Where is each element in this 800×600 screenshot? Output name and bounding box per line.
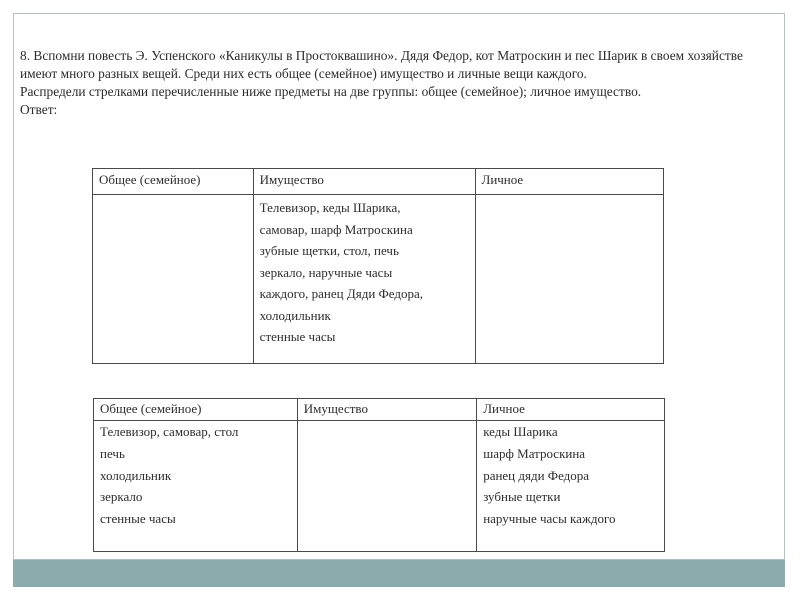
list-item: шарф Матроскина xyxy=(483,443,658,465)
header-personal: Личное xyxy=(477,399,665,421)
list-item: зубные щетки, стол, печь xyxy=(260,240,469,262)
question-property-cell: Телевизор, кеды Шарика,самовар, шарф Мат… xyxy=(253,195,475,364)
list-item: ранец дяди Федора xyxy=(483,465,658,487)
list-item: печь xyxy=(100,443,291,465)
question-common-cell xyxy=(93,195,254,364)
answer-label: Ответ: xyxy=(20,101,770,119)
answer-property-cell xyxy=(297,421,476,552)
header-property: Имущество xyxy=(253,169,475,195)
task-text: 8. Вспомни повесть Э. Успенского «Канику… xyxy=(20,47,770,119)
list-item: каждого, ранец Дяди Федора, xyxy=(260,283,469,305)
list-item: холодильник xyxy=(260,305,469,327)
list-item: холодильник xyxy=(100,465,291,487)
header-common: Общее (семейное) xyxy=(94,399,298,421)
header-personal: Личное xyxy=(475,169,664,195)
question-table-row: Телевизор, кеды Шарика,самовар, шарф Мат… xyxy=(93,195,664,364)
list-item: стенные часы xyxy=(100,508,291,530)
answer-personal-cell: кеды Шарикашарф Матроскинаранец дяди Фед… xyxy=(477,421,665,552)
question-table: Общее (семейное) Имущество Личное Телеви… xyxy=(92,168,664,364)
slide-footer-bar xyxy=(13,559,785,587)
list-item: стенные часы xyxy=(260,326,469,348)
list-item: самовар, шарф Матроскина xyxy=(260,219,469,241)
question-personal-cell xyxy=(475,195,664,364)
list-item: зеркало, наручные часы xyxy=(260,262,469,284)
list-item: Телевизор, самовар, стол xyxy=(100,421,291,443)
list-item: кеды Шарика xyxy=(483,421,658,443)
answer-common-cell: Телевизор, самовар, столпечьхолодильникз… xyxy=(94,421,298,552)
answer-table-row: Телевизор, самовар, столпечьхолодильникз… xyxy=(94,421,665,552)
list-item: зеркало xyxy=(100,486,291,508)
answer-table-header: Общее (семейное) Имущество Личное xyxy=(94,399,665,421)
answer-table: Общее (семейное) Имущество Личное Телеви… xyxy=(93,398,665,552)
question-table-header: Общее (семейное) Имущество Личное xyxy=(93,169,664,195)
header-property: Имущество xyxy=(297,399,476,421)
task-paragraph-instruction: Распредели стрелками перечисленные ниже … xyxy=(20,83,770,101)
task-paragraph-intro: 8. Вспомни повесть Э. Успенского «Канику… xyxy=(20,47,770,83)
header-common: Общее (семейное) xyxy=(93,169,254,195)
list-item: зубные щетки xyxy=(483,486,658,508)
list-item: Телевизор, кеды Шарика, xyxy=(260,197,469,219)
list-item: наручные часы каждого xyxy=(483,508,658,530)
